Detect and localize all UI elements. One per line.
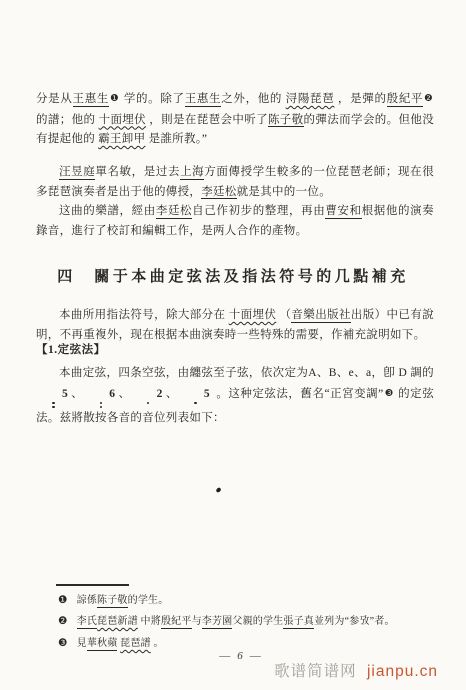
scanned-book-page: 分是从王惠生❶ 学的。除了王惠生之外，他的 浔陽琵琶 ，是彈的殷紀平❷ 的譜；他… — [0, 0, 466, 690]
page-number: —6— — [198, 650, 282, 662]
section-heading: 四 關于本曲定弦法及指法符号的几點補充 — [0, 265, 466, 286]
footnote-2-text: 李氏琵琶新譜 中將殷紀平与李芳園父親的学生張子真並列为“参攷”者。 — [77, 615, 448, 629]
ink-speck — [215, 487, 221, 493]
page-number-dash-right: — — [250, 650, 261, 662]
jianpu-note: 2 — [134, 388, 163, 404]
footnote-3-text: 見華秋蘋 琵琶譜 。 — [77, 637, 448, 651]
footnote-3: ❸ 見華秋蘋 琵琶譜 。 — [58, 637, 448, 651]
page-number-dash-left: — — [219, 650, 230, 662]
jianpu-note: 6 — [86, 388, 115, 408]
paragraph-tuning: 本曲定弦，四条空弦，由纏弦至子弦，依次定为A、B、e、a，卽 D 調的5、6、2… — [36, 363, 434, 429]
footnote-3-marker: ❸ — [58, 637, 68, 651]
paragraph-fingering-symbols: 本曲所用指法符号，除大部分在 十面埋伏 （音樂出版社出版）中已有說明，不再重複外… — [36, 306, 434, 345]
footnote-2-marker: ❷ — [58, 615, 68, 629]
paragraph-wang-yuting: 汪昱庭單名敏，是过去上海方面傳授学生較多的一位琵琶老師；现在很多琵琶演奏者是出于… — [36, 163, 434, 202]
subsection-label-tuning: 【1.定弦法】 — [36, 341, 106, 357]
watermark-site-domain[interactable]: jianpu.cn — [367, 663, 438, 680]
site-watermark: 歌谱简谱网 jianpu.cn — [274, 659, 438, 681]
footnote-separator-rule — [56, 584, 129, 586]
watermark-site-name: 歌谱简谱网 — [274, 663, 357, 680]
jianpu-note: 5 — [39, 388, 68, 408]
footnote-1-text: 諒係陈子敬的学生。 — [77, 594, 448, 608]
footnote-1-marker: ❶ — [58, 594, 68, 608]
page-number-value: 6 — [230, 650, 250, 662]
footnote-2: ❷ 李氏琵琶新譜 中將殷紀平与李芳園父親的学生張子真並列为“参攷”者。 — [58, 615, 448, 629]
paragraph-score-editing: 这曲的樂譜，經由李廷松自己作初步的整理，再由曹安和根据他的演奏錄音，進行了校訂和… — [36, 202, 434, 241]
footnote-1: ❶ 諒係陈子敬的学生。 — [58, 594, 448, 608]
jianpu-note: 5 — [181, 388, 210, 404]
paragraph-continuation: 分是从王惠生❶ 学的。除了王惠生之外，他的 浔陽琵琶 ，是彈的殷紀平❷ 的譜；他… — [36, 90, 434, 150]
